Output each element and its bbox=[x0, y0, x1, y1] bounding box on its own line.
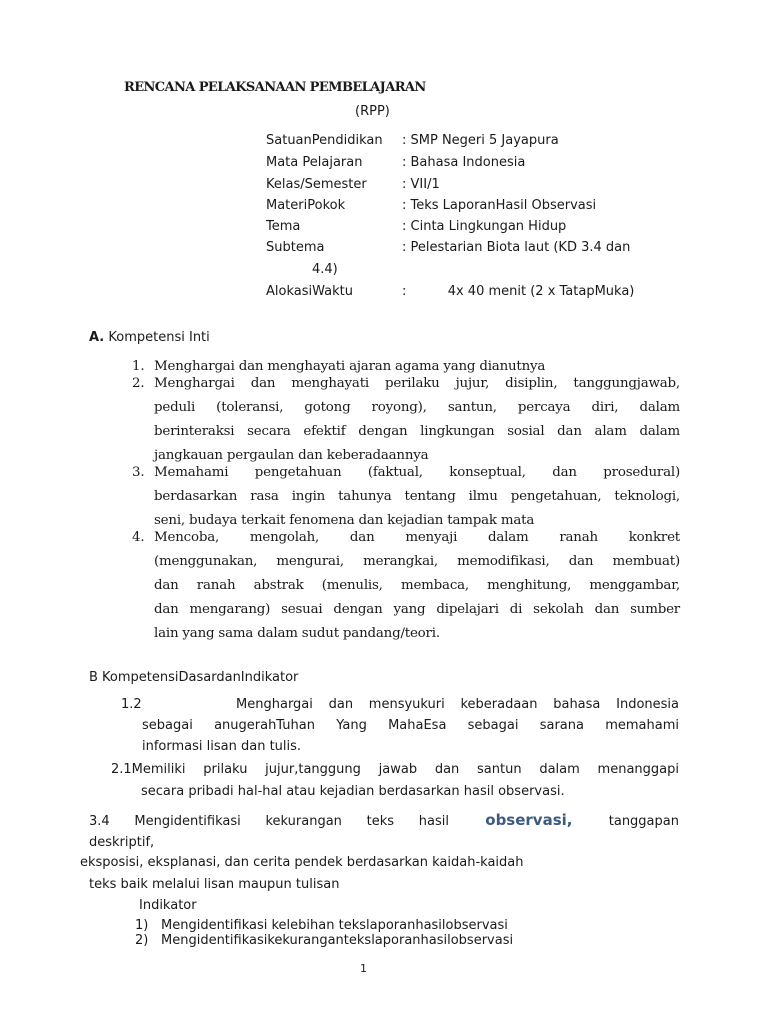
kd-line: deskriptif, bbox=[89, 835, 154, 850]
ki-line: berinteraksi secara efektif dengan lingk… bbox=[154, 424, 680, 439]
kd-line: sebagai anugerahTuhan Yang MahaEsa sebag… bbox=[142, 718, 679, 733]
ki-line: (menggunakan, mengurai, merangkai, memod… bbox=[154, 554, 680, 569]
kd-line: secara pribadi hal-hal atau kejadian ber… bbox=[141, 784, 679, 799]
identity-value: : Bahasa Indonesia bbox=[402, 155, 525, 170]
identity-value: : 4x 40 menit (2 x TatapMuka) bbox=[402, 284, 634, 299]
section-a-heading: A. Kompetensi Inti bbox=[89, 330, 210, 345]
identity-label: AlokasiWaktu bbox=[266, 284, 353, 299]
identity-label: Mata Pelajaran bbox=[266, 155, 362, 170]
ki-line: lain yang sama dalam sudut pandang/teori… bbox=[154, 626, 680, 641]
ki-number: 1. bbox=[132, 359, 144, 374]
kd-line: eksposisi, eksplanasi, dan cerita pendek… bbox=[80, 855, 523, 870]
kd-line: informasi lisan dan tulis. bbox=[142, 739, 679, 754]
section-a-title: Kompetensi Inti bbox=[108, 330, 209, 345]
kd-3-4-text-after: tanggapan bbox=[609, 814, 679, 829]
ki-line: Mencoba, mengolah, dan menyaji dalam ran… bbox=[154, 530, 680, 545]
ki-number: 3. bbox=[132, 465, 144, 480]
indikator-item: Mengidentifikasikekurangantekslaporanhas… bbox=[161, 933, 513, 948]
section-a-marker: A. bbox=[89, 330, 104, 345]
identity-label: Tema bbox=[266, 219, 300, 234]
ki-line: dan ranah abstrak (menulis, membaca, men… bbox=[154, 578, 680, 593]
identity-value: : Teks LaporanHasil Observasi bbox=[402, 198, 596, 213]
kd-line: 1.2 Menghargai dan mensyukuri keberadaan… bbox=[121, 697, 679, 712]
kd-3-4-first-line: 3.4Mengidentifikasikekurangantekshasil o… bbox=[89, 811, 679, 829]
indikator-number: 1) bbox=[135, 918, 148, 933]
word: kekurangan bbox=[265, 814, 341, 829]
identity-value: : Pelestarian Biota laut (KD 3.4 dan bbox=[402, 240, 630, 255]
ki-line: Memahami pengetahuan (faktual, konseptua… bbox=[154, 465, 680, 480]
identity-value: : SMP Negeri 5 Jayapura bbox=[402, 133, 559, 148]
word: teks bbox=[367, 814, 394, 829]
word: 3.4 bbox=[89, 814, 110, 829]
identity-value-continuation: 4.4) bbox=[312, 262, 338, 277]
ki-number: 2. bbox=[132, 376, 144, 391]
section-b-heading: B KompetensiDasardanIndikator bbox=[89, 670, 298, 685]
kd-3-4-text-before: 3.4Mengidentifikasikekurangantekshasil bbox=[89, 814, 449, 829]
ki-line: Menghargai dan menghayati ajaran agama y… bbox=[154, 359, 680, 374]
word: Mengidentifikasi bbox=[134, 814, 240, 829]
identity-label: SatuanPendidikan bbox=[266, 133, 383, 148]
ki-line: Menghargai dan menghayati perilaku jujur… bbox=[154, 376, 680, 391]
document-title: RENCANA PELAKSANAAN PEMBELAJARAN bbox=[124, 80, 426, 95]
word: hasil bbox=[419, 814, 449, 829]
kd-line: 2.1Memiliki prilaku jujur,tanggung jawab… bbox=[111, 762, 679, 777]
identity-label: Kelas/Semester bbox=[266, 177, 367, 192]
identity-value: : VII/1 bbox=[402, 177, 440, 192]
document-subtitle: (RPP) bbox=[355, 104, 390, 119]
indikator-number: 2) bbox=[135, 933, 148, 948]
highlighted-word: observasi, bbox=[485, 811, 572, 829]
ki-number: 4. bbox=[132, 530, 144, 545]
ki-line: seni, budaya terkait fenomena dan kejadi… bbox=[154, 513, 680, 528]
page-number: 1 bbox=[360, 962, 367, 975]
identity-value: : Cinta Lingkungan Hidup bbox=[402, 219, 566, 234]
kd-line: teks baik melalui lisan maupun tulisan bbox=[89, 877, 339, 892]
ki-line: peduli (toleransi, gotong royong), santu… bbox=[154, 400, 680, 415]
identity-label: Subtema bbox=[266, 240, 324, 255]
indikator-item: Mengidentifikasi kelebihan tekslaporanha… bbox=[161, 918, 508, 933]
identity-label: MateriPokok bbox=[266, 198, 345, 213]
ki-line: dan mengarang) sesuai dengan yang dipela… bbox=[154, 602, 680, 617]
ki-line: jangkauan pergaulan dan keberadaannya bbox=[154, 448, 680, 463]
indikator-title: Indikator bbox=[139, 898, 197, 913]
ki-line: berdasarkan rasa ingin tahunya tentang i… bbox=[154, 489, 680, 504]
